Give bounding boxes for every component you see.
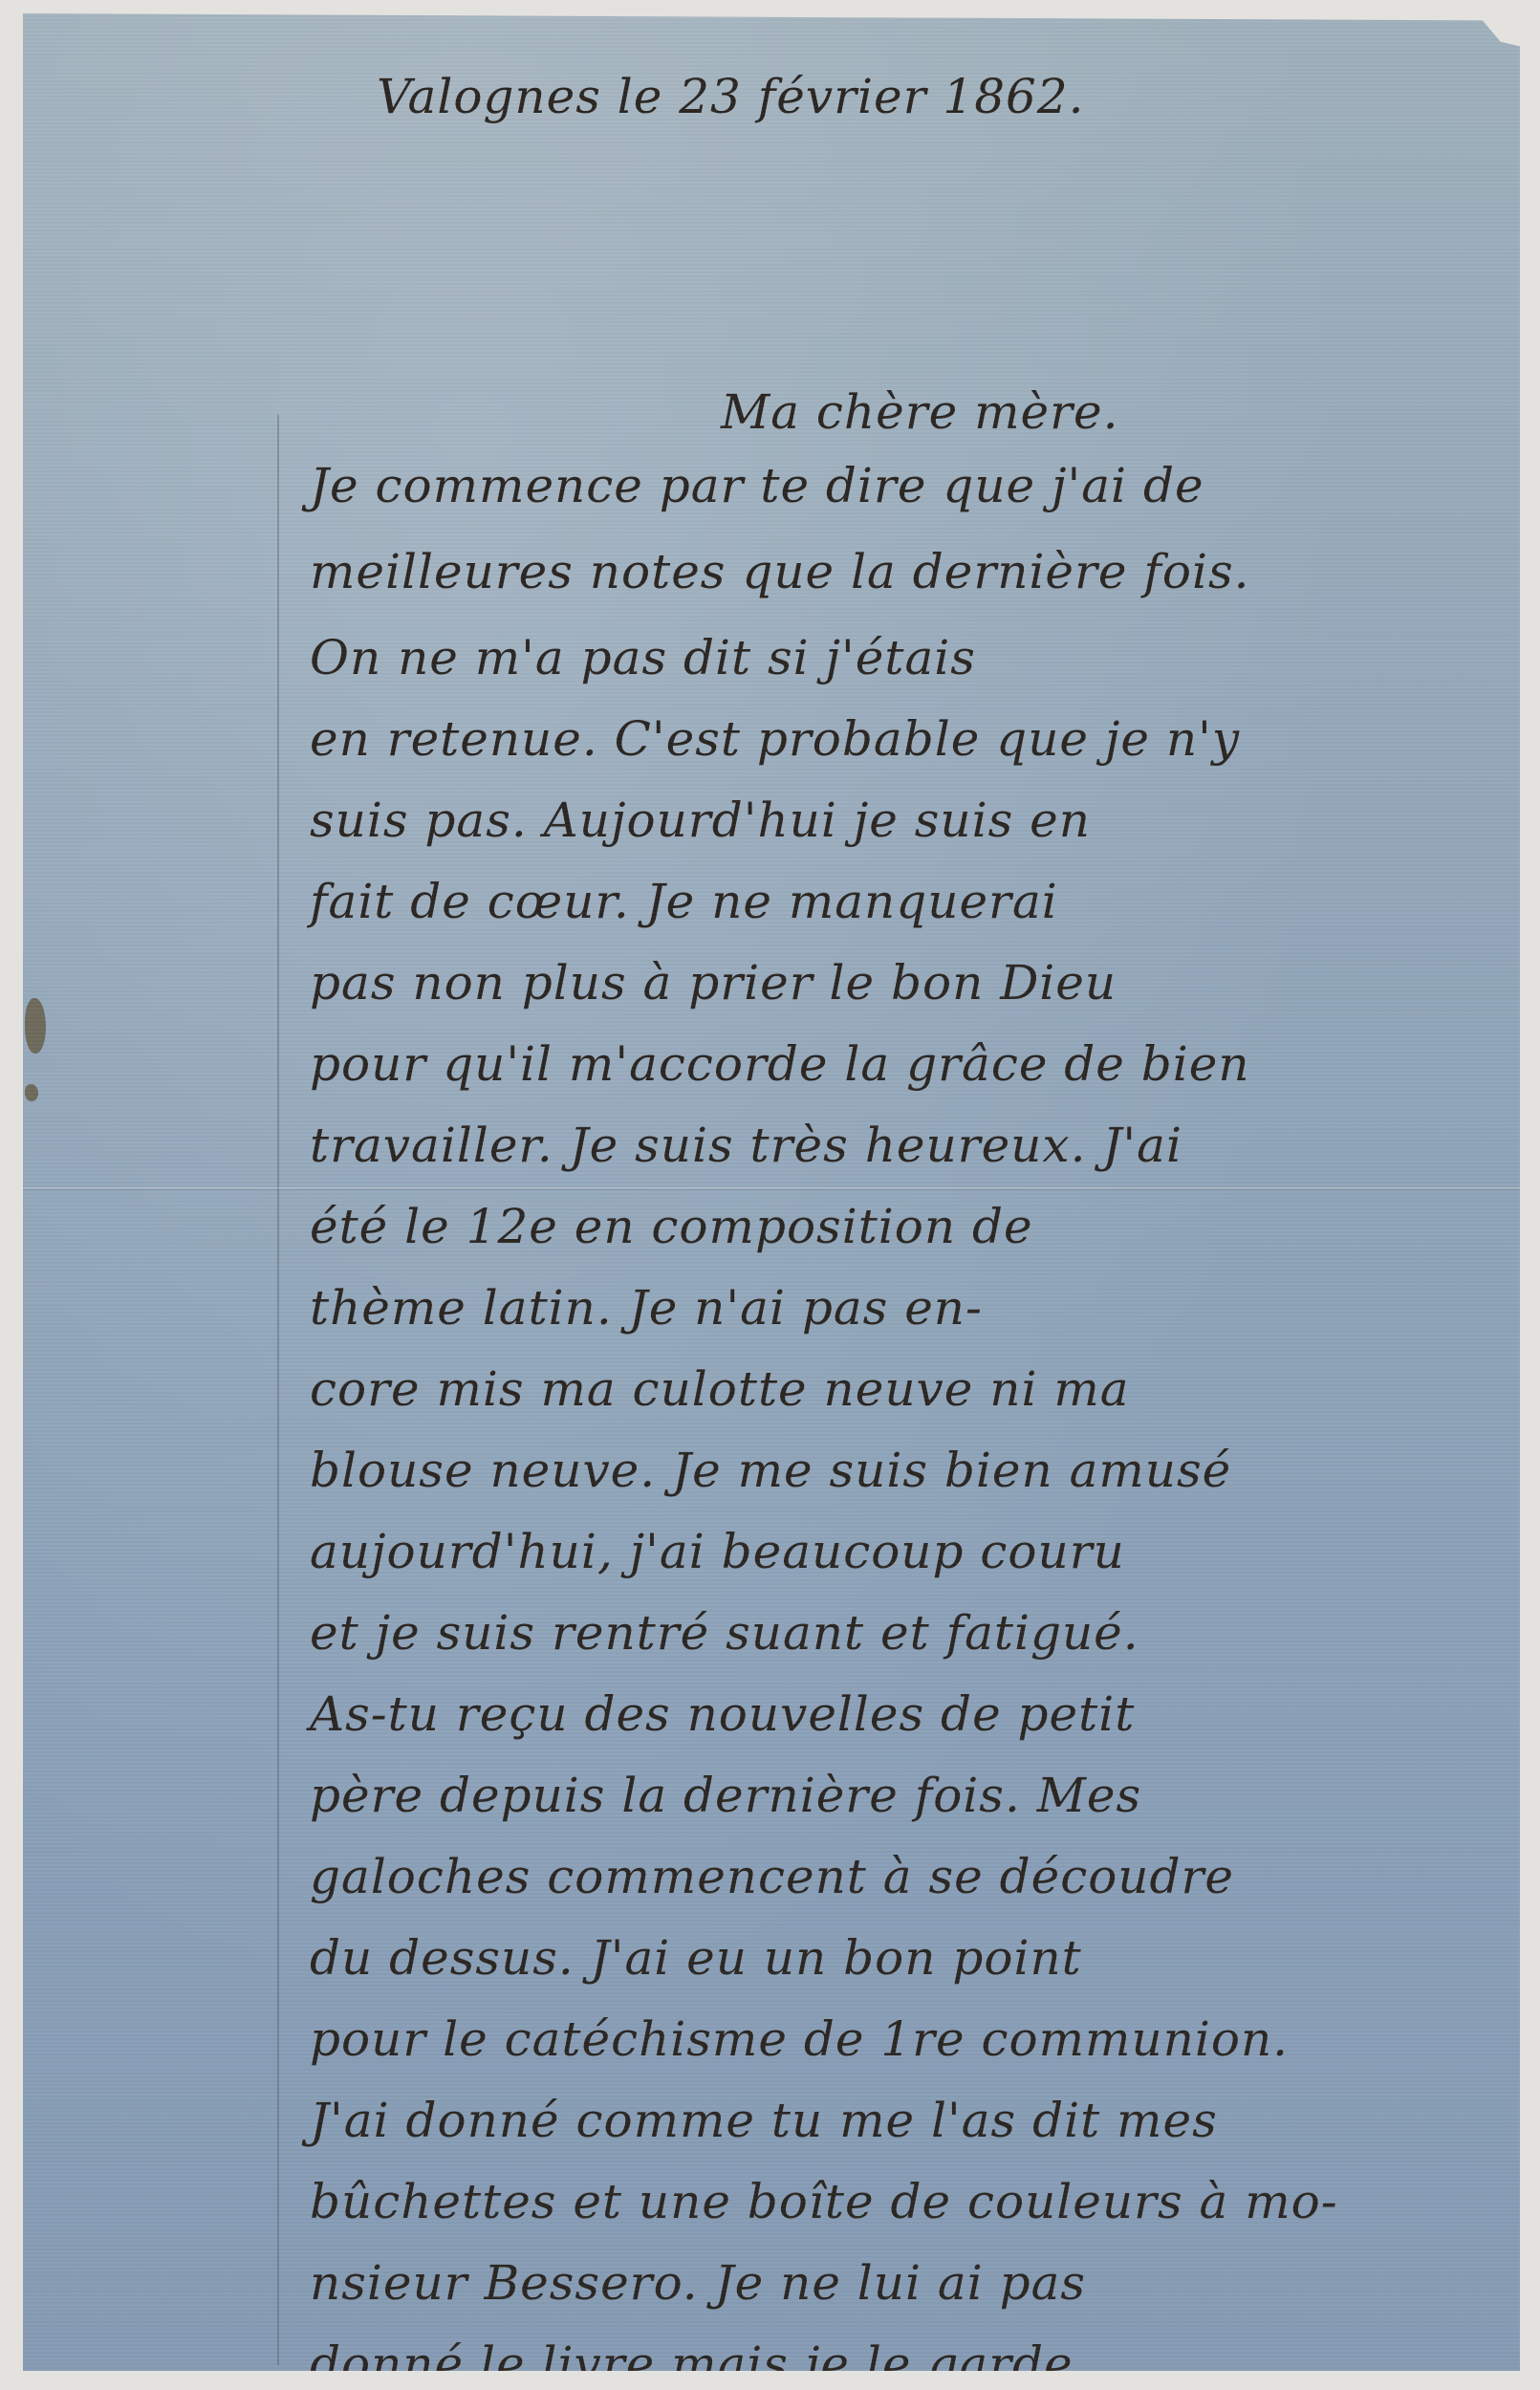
letter-line: pour qu'il m'accorde la grâce de bien (310, 1036, 1250, 1092)
letter-line: meilleures notes que la dernière fois. (310, 544, 1250, 599)
margin-line (277, 415, 279, 2365)
letter-line: pas non plus à prier le bon Dieu (310, 955, 1117, 1010)
letter-line: été le 12e en composition de (310, 1199, 1033, 1254)
letter-line: blouse neuve. Je me suis bien amusé (310, 1443, 1231, 1498)
fold-crease (23, 1187, 1520, 1190)
letter-line: core mis ma culotte neuve ni ma (310, 1361, 1130, 1417)
letter-line: thème latin. Je n'ai pas en- (310, 1280, 983, 1336)
letter-line: aujourd'hui, j'ai beaucoup couru (310, 1524, 1125, 1579)
letter-line: J'ai donné comme tu me l'as dit mes (310, 2093, 1218, 2148)
letter-line: et je suis rentré suant et fatigué. (310, 1605, 1139, 1661)
salutation: Ma chère mère. (721, 384, 1118, 440)
letter-line: en retenue. C'est probable que je n'y (310, 711, 1240, 767)
letter-line: Je commence par te dire que j'ai de (310, 458, 1204, 513)
paper-tear-mark (25, 998, 46, 1054)
letter-line: nsieur Bessero. Je ne lui ai pas (310, 2255, 1086, 2311)
letter-paper: Valognes le 23 février 1862. Ma chère mè… (23, 13, 1520, 2371)
paper-tear-mark (25, 1084, 38, 1101)
letter-line: bûchettes et une boîte de couleurs à mo- (310, 2174, 1338, 2229)
letter-line: pour le catéchisme de 1re communion. (310, 2011, 1289, 2067)
letter-line: fait de cœur. Je ne manquerai (310, 874, 1058, 929)
letter-line: travailler. Je suis très heureux. J'ai (310, 1118, 1182, 1173)
letter-line: du dessus. J'ai eu un bon point (310, 1930, 1082, 1986)
letter-line: galoches commencent à se découdre (310, 1849, 1234, 1904)
dateline: Valognes le 23 février 1862. (377, 69, 1085, 124)
letter-line: père depuis la dernière fois. Mes (310, 1768, 1141, 1823)
letter-line: On ne m'a pas dit si j'étais (310, 630, 976, 685)
letter-line: suis pas. Aujourd'hui je suis en (310, 793, 1091, 848)
letter-line: As-tu reçu des nouvelles de petit (310, 1686, 1135, 1742)
letter-line: donné le livre mais je le garde (310, 2336, 1074, 2390)
